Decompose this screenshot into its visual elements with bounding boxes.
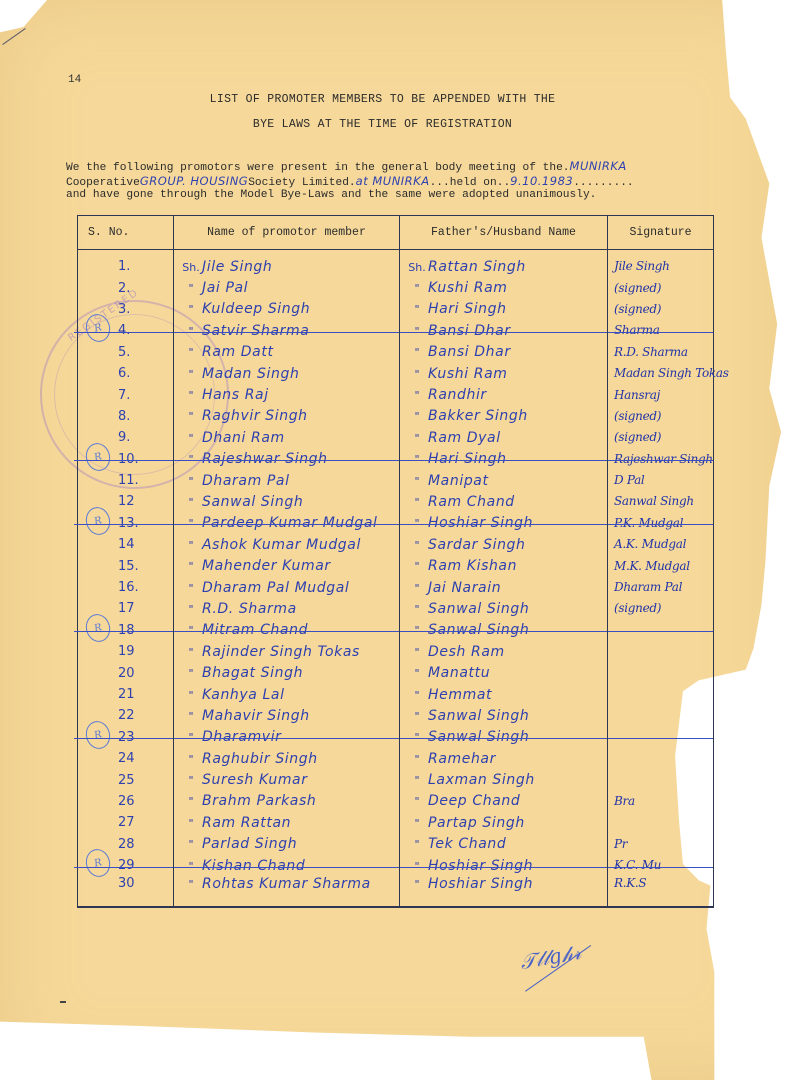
name-prefix: " [180, 860, 202, 873]
cell-member-name: "Ram Rattan [174, 812, 400, 833]
name-prefix: " [180, 475, 202, 488]
cell-member-name: "Dharam Pal [174, 470, 400, 491]
serial-number: 1. [118, 259, 130, 274]
father-name: Sanwal Singh [428, 601, 529, 617]
name-prefix: " [180, 325, 202, 338]
member-signature: P.K. Mudgal [608, 516, 683, 530]
cell-member-name: "Jai Pal [174, 277, 400, 298]
table-row: 2."Jai Pal"Kushi Ram(signed) [78, 277, 714, 298]
name-prefix: " [180, 453, 202, 466]
cell-sno: 16. [78, 577, 174, 598]
father-prefix: " [406, 689, 428, 702]
serial-number: 7. [118, 388, 130, 403]
cell-signature: Hansraj [608, 384, 714, 405]
serial-number: 26 [118, 794, 135, 809]
cell-member-name: "Bhagat Singh [174, 662, 400, 683]
member-signature: Sharma [608, 323, 660, 337]
cell-signature: M.K. Mudgal [608, 555, 714, 576]
cell-sno: 20 [78, 662, 174, 683]
intro-line2-mid: Society Limited. [248, 177, 355, 189]
member-name: Madan Singh [202, 366, 299, 382]
header-name: Name of promotor member [174, 216, 400, 250]
member-signature: Rajeshwar Singh [608, 452, 713, 466]
cell-sno: 25 [78, 769, 174, 790]
cell-signature [608, 812, 714, 833]
name-prefix: " [180, 731, 202, 744]
member-name: Pardeep Kumar Mudgal [202, 515, 378, 531]
table-row: 24"Raghubir Singh"Ramehar [78, 748, 714, 769]
father-name: Sanwal Singh [428, 729, 529, 745]
cell-member-name: "Parlad Singh [174, 834, 400, 855]
member-name: Rohtas Kumar Sharma [202, 876, 371, 892]
member-signature: Bra [608, 794, 635, 808]
cell-signature: Jile Singh [608, 250, 714, 278]
cell-sno: 27 [78, 812, 174, 833]
margin-mark [60, 1001, 66, 1003]
society-location: at MUNIRKA [356, 174, 430, 188]
member-name: Mahender Kumar [202, 558, 331, 574]
name-prefix: Sh. [180, 261, 202, 274]
name-prefix: " [180, 795, 202, 808]
serial-number: 17 [118, 601, 135, 616]
father-prefix: " [406, 860, 428, 873]
member-name: Ashok Kumar Mudgal [202, 537, 361, 553]
father-prefix: Sh. [406, 261, 428, 274]
serial-number: 2. [118, 281, 130, 296]
cell-sno: 14 [78, 534, 174, 555]
table-row: 1.Sh.Jile SinghSh.Rattan SinghJile Singh [78, 250, 714, 278]
table-row: 26"Brahm Parkash"Deep ChandBra [78, 791, 714, 812]
cell-father-name: "Sanwal Singh [400, 620, 608, 641]
member-signature [608, 687, 614, 701]
serial-number: 5. [118, 345, 130, 360]
serial-number: 30 [118, 876, 135, 891]
father-name: Ram Chand [428, 494, 515, 510]
cell-signature: (signed) [608, 277, 714, 298]
member-signature: R.D. Sharma [608, 345, 688, 359]
serial-number: 24 [118, 751, 135, 766]
father-name: Hari Singh [428, 301, 507, 317]
cell-father-name: "Ramehar [400, 748, 608, 769]
serial-number: 23 [118, 730, 135, 745]
cell-father-name: "Sanwal Singh [400, 598, 608, 619]
member-signature: (signed) [608, 601, 661, 615]
name-prefix: " [180, 624, 202, 637]
name-prefix: " [180, 582, 202, 595]
name-prefix: " [180, 539, 202, 552]
father-prefix: " [406, 795, 428, 808]
cell-signature [608, 684, 714, 705]
cell-sno: R10. [78, 449, 174, 470]
name-prefix: " [180, 753, 202, 766]
cell-member-name: "Hans Raj [174, 384, 400, 405]
cell-signature: K.C. Mu [608, 855, 714, 876]
father-prefix: " [406, 838, 428, 851]
father-name: Hemmat [428, 687, 492, 703]
father-name: Hoshiar Singh [428, 858, 533, 874]
name-prefix: " [180, 646, 202, 659]
cell-member-name: "Ram Datt [174, 342, 400, 363]
cell-signature: Sharma [608, 320, 714, 341]
member-name: R.D. Sharma [202, 601, 297, 617]
page-number: 14 [68, 74, 81, 86]
member-name: Bhagat Singh [202, 665, 303, 681]
father-name: Sanwal Singh [428, 708, 529, 724]
father-prefix: " [406, 753, 428, 766]
cell-father-name: "Hari Singh [400, 449, 608, 470]
cell-signature: Rajeshwar Singh [608, 449, 714, 470]
table-row: 6."Madan Singh"Kushi RamMadan Singh Toka… [78, 363, 714, 384]
member-name: Mitram Chand [202, 622, 308, 638]
cell-father-name: "Sanwal Singh [400, 705, 608, 726]
cell-signature [608, 641, 714, 662]
cell-father-name: "Ram Kishan [400, 555, 608, 576]
serial-number: 9. [118, 430, 130, 445]
father-prefix: " [406, 774, 428, 787]
father-name: Deep Chand [428, 793, 520, 809]
father-prefix: " [406, 496, 428, 509]
member-name: Suresh Kumar [202, 772, 308, 788]
table-row: 11."Dharam Pal"ManipatD Pal [78, 470, 714, 491]
member-name: Jile Singh [202, 259, 272, 275]
intro-line1: We the following promotors were present … [66, 162, 570, 174]
member-signature: R.K.S [608, 876, 646, 890]
father-prefix: " [406, 646, 428, 659]
table-row: R4."Satvir Sharma"Bansi DharSharma [78, 320, 714, 341]
cell-member-name: "Raghvir Singh [174, 406, 400, 427]
cell-sno: 5. [78, 342, 174, 363]
member-signature: Madan Singh Tokas [608, 366, 729, 380]
cell-father-name: "Tek Chand [400, 834, 608, 855]
name-prefix: " [180, 410, 202, 423]
serial-number: 6. [118, 366, 130, 381]
father-name: Desh Ram [428, 644, 505, 660]
table-row: 16."Dharam Pal Mudgal"Jai NarainDharam P… [78, 577, 714, 598]
father-name: Laxman Singh [428, 772, 535, 788]
member-signature: Jile Singh [608, 259, 670, 273]
member-name: Brahm Parkash [202, 793, 316, 809]
father-prefix: " [406, 325, 428, 338]
cell-member-name: "Suresh Kumar [174, 769, 400, 790]
member-name: Dharam Pal [202, 473, 290, 489]
cell-father-name: "Bansi Dhar [400, 320, 608, 341]
cell-member-name: "Dharam Pal Mudgal [174, 577, 400, 598]
cell-member-name: "Rajinder Singh Tokas [174, 641, 400, 662]
name-prefix: " [180, 560, 202, 573]
cell-signature [608, 705, 714, 726]
cell-father-name: "Bansi Dhar [400, 342, 608, 363]
cell-sno: 21 [78, 684, 174, 705]
member-signature [608, 666, 614, 680]
member-name: Raghubir Singh [202, 751, 318, 767]
member-signature: Sanwal Singh [608, 494, 694, 508]
serial-number: 27 [118, 815, 135, 830]
serial-number: 15. [118, 559, 139, 574]
father-prefix: " [406, 410, 428, 423]
member-name: Jai Pal [202, 280, 248, 296]
serial-number: 3. [118, 302, 130, 317]
name-prefix: " [180, 817, 202, 830]
member-signature: D Pal [608, 473, 644, 487]
table-row: 21"Kanhya Lal"Hemmat [78, 684, 714, 705]
member-name: Dhani Ram [202, 430, 285, 446]
father-name: Jai Narain [428, 580, 501, 596]
serial-number: 28 [118, 837, 135, 852]
name-prefix: " [180, 710, 202, 723]
cell-member-name: "Mahender Kumar [174, 555, 400, 576]
father-prefix: " [406, 582, 428, 595]
cell-member-name: "Madan Singh [174, 363, 400, 384]
cell-signature [608, 727, 714, 748]
cell-father-name: "Hoshiar Singh [400, 876, 608, 907]
member-signature: K.C. Mu [608, 858, 661, 872]
serial-number: 25 [118, 773, 135, 788]
member-name: Dharamvir [202, 729, 282, 745]
society-name: MUNIRKA [570, 159, 627, 173]
name-prefix: " [180, 667, 202, 680]
member-signature: (signed) [608, 409, 661, 423]
cell-father-name: "Kushi Ram [400, 277, 608, 298]
cell-member-name: "Brahm Parkash [174, 791, 400, 812]
father-prefix: " [406, 878, 428, 891]
cell-member-name: "Ashok Kumar Mudgal [174, 534, 400, 555]
father-prefix: " [406, 475, 428, 488]
father-name: Bansi Dhar [428, 323, 511, 339]
cell-father-name: "Sardar Singh [400, 534, 608, 555]
name-prefix: " [180, 346, 202, 359]
name-prefix: " [180, 603, 202, 616]
member-signature [608, 751, 614, 765]
father-prefix: " [406, 368, 428, 381]
name-prefix: " [180, 282, 202, 295]
serial-number: 16. [118, 580, 139, 595]
member-signature: Dharam Pal [608, 580, 682, 594]
cell-sno: 26 [78, 791, 174, 812]
cell-father-name: "Hari Singh [400, 299, 608, 320]
member-name: Rajeshwar Singh [202, 451, 328, 467]
cell-signature [608, 748, 714, 769]
cell-father-name: "Partap Singh [400, 812, 608, 833]
cell-signature: Sanwal Singh [608, 491, 714, 512]
member-name: Satvir Sharma [202, 323, 309, 339]
table-row: 8."Raghvir Singh"Bakker Singh(signed) [78, 406, 714, 427]
name-prefix: " [180, 517, 202, 530]
cell-member-name: "Raghubir Singh [174, 748, 400, 769]
cell-member-name: "Sanwal Singh [174, 491, 400, 512]
cell-sno: 30 [78, 876, 174, 907]
cell-sno: R29 [78, 855, 174, 876]
father-prefix: " [406, 710, 428, 723]
father-prefix: " [406, 817, 428, 830]
cell-father-name: "Randhir [400, 384, 608, 405]
father-name: Randhir [428, 387, 487, 403]
father-prefix: " [406, 539, 428, 552]
table-row: R29"Kishan Chand"Hoshiar SinghK.C. Mu [78, 855, 714, 876]
member-name: Kishan Chand [202, 858, 305, 874]
father-prefix: " [406, 603, 428, 616]
father-name: Kushi Ram [428, 280, 508, 296]
cell-father-name: "Ram Dyal [400, 427, 608, 448]
cell-sno: 6. [78, 363, 174, 384]
header-sno: S. No. [78, 216, 174, 250]
serial-number: 22 [118, 708, 135, 723]
father-name: Manipat [428, 473, 489, 489]
cell-sno: 19 [78, 641, 174, 662]
cell-sno: R18 [78, 620, 174, 641]
cell-sno: 24 [78, 748, 174, 769]
table-row: 12"Sanwal Singh"Ram ChandSanwal Singh [78, 491, 714, 512]
intro-held-on: ...held on.. [430, 177, 511, 189]
member-name: Kanhya Lal [202, 687, 285, 703]
member-signature [608, 708, 614, 722]
table-row: 3."Kuldeep Singh"Hari Singh(signed) [78, 299, 714, 320]
father-name: Sardar Singh [428, 537, 526, 553]
cell-father-name: "Hoshiar Singh [400, 855, 608, 876]
cell-sno: 15. [78, 555, 174, 576]
father-name: Hoshiar Singh [428, 876, 533, 892]
cell-sno: R23 [78, 727, 174, 748]
cell-member-name: "R.D. Sharma [174, 598, 400, 619]
table-row: 30"Rohtas Kumar Sharma"Hoshiar SinghR.K.… [78, 876, 714, 907]
father-name: Manattu [428, 665, 490, 681]
father-prefix: " [406, 731, 428, 744]
table-header-row: S. No. Name of promotor member Father's/… [78, 216, 714, 250]
member-signature [608, 644, 614, 658]
member-name: Raghvir Singh [202, 408, 308, 424]
document-title-line1: LIST OF PROMOTER MEMBERS TO BE APPENDED … [0, 93, 775, 106]
cell-father-name: "Ram Chand [400, 491, 608, 512]
name-prefix: " [180, 389, 202, 402]
cell-father-name: "Hemmat [400, 684, 608, 705]
father-prefix: " [406, 517, 428, 530]
table-row: 22"Mahavir Singh"Sanwal Singh [78, 705, 714, 726]
cell-signature: R.D. Sharma [608, 342, 714, 363]
father-prefix: " [406, 346, 428, 359]
cell-sno: R13. [78, 513, 174, 534]
father-name: Partap Singh [428, 815, 525, 831]
father-name: Hoshiar Singh [428, 515, 533, 531]
father-name: Bakker Singh [428, 408, 528, 424]
name-prefix: " [180, 878, 202, 891]
member-name: Ram Rattan [202, 815, 291, 831]
cell-father-name: "Kushi Ram [400, 363, 608, 384]
cell-signature [608, 662, 714, 683]
cell-signature: (signed) [608, 598, 714, 619]
promoter-members-table: S. No. Name of promotor member Father's/… [77, 215, 714, 908]
serial-number: 8. [118, 409, 130, 424]
member-name: Mahavir Singh [202, 708, 310, 724]
member-signature [608, 623, 614, 637]
serial-number: 20 [118, 666, 135, 681]
table-row: R18"Mitram Chand"Sanwal Singh [78, 620, 714, 641]
father-prefix: " [406, 453, 428, 466]
cell-signature: Madan Singh Tokas [608, 363, 714, 384]
father-prefix: " [406, 282, 428, 295]
member-signature [608, 815, 614, 829]
cell-member-name: "Mitram Chand [174, 620, 400, 641]
table-row: 27"Ram Rattan"Partap Singh [78, 812, 714, 833]
serial-number: 11. [118, 473, 139, 488]
cell-father-name: "Jai Narain [400, 577, 608, 598]
cell-member-name: "Pardeep Kumar Mudgal [174, 513, 400, 534]
father-prefix: " [406, 667, 428, 680]
intro-line2-prefix: Cooperative [66, 177, 140, 189]
cell-sno: 7. [78, 384, 174, 405]
name-prefix: " [180, 774, 202, 787]
name-prefix: " [180, 496, 202, 509]
meeting-date: 9.10.1983 [510, 174, 573, 188]
cell-signature: A.K. Mudgal [608, 534, 714, 555]
table-row: 19"Rajinder Singh Tokas"Desh Ram [78, 641, 714, 662]
serial-number: 10. [118, 452, 139, 467]
cell-signature: P.K. Mudgal [608, 513, 714, 534]
cell-member-name: "Dhani Ram [174, 427, 400, 448]
father-name: Rattan Singh [428, 259, 526, 275]
intro-line2-suffix: ......... [573, 177, 633, 189]
cell-member-name: "Rajeshwar Singh [174, 449, 400, 470]
table-row: 25"Suresh Kumar"Laxman Singh [78, 769, 714, 790]
cell-signature: R.K.S [608, 876, 714, 907]
header-signature: Signature [608, 216, 714, 250]
cell-member-name: "Kanhya Lal [174, 684, 400, 705]
serial-number: 29 [118, 858, 135, 873]
member-name: Kuldeep Singh [202, 301, 310, 317]
father-name: Kushi Ram [428, 366, 508, 382]
serial-number: 21 [118, 687, 135, 702]
member-signature: Hansraj [608, 388, 660, 402]
table-row: 15."Mahender Kumar"Ram KishanM.K. Mudgal [78, 555, 714, 576]
table-row: R23"Dharamvir"Sanwal Singh [78, 727, 714, 748]
table-row: 17"R.D. Sharma"Sanwal Singh(signed) [78, 598, 714, 619]
serial-number: 13. [118, 516, 139, 531]
cell-father-name: Sh.Rattan Singh [400, 250, 608, 278]
father-name: Bansi Dhar [428, 344, 511, 360]
table-row: R10."Rajeshwar Singh"Hari SinghRajeshwar… [78, 449, 714, 470]
cell-member-name: "Kishan Chand [174, 855, 400, 876]
cell-sno: 1. [78, 250, 174, 278]
cell-signature: D Pal [608, 470, 714, 491]
father-prefix: " [406, 389, 428, 402]
name-prefix: " [180, 838, 202, 851]
father-prefix: " [406, 303, 428, 316]
cell-sno: 8. [78, 406, 174, 427]
member-name: Dharam Pal Mudgal [202, 580, 349, 596]
father-name: Ram Dyal [428, 430, 501, 446]
cell-father-name: "Laxman Singh [400, 769, 608, 790]
father-prefix: " [406, 624, 428, 637]
cell-sno: R4. [78, 320, 174, 341]
table-row: 5."Ram Datt"Bansi DharR.D. Sharma [78, 342, 714, 363]
cell-signature [608, 769, 714, 790]
table-row: 14"Ashok Kumar Mudgal"Sardar SinghA.K. M… [78, 534, 714, 555]
cell-member-name: "Kuldeep Singh [174, 299, 400, 320]
cell-signature: (signed) [608, 406, 714, 427]
member-name: Rajinder Singh Tokas [202, 644, 360, 660]
cell-member-name: "Rohtas Kumar Sharma [174, 876, 400, 907]
name-prefix: " [180, 689, 202, 702]
name-prefix: " [180, 432, 202, 445]
member-signature: Pr [608, 837, 627, 851]
member-name: Parlad Singh [202, 836, 297, 852]
table-row: R13."Pardeep Kumar Mudgal"Hoshiar SinghP… [78, 513, 714, 534]
member-signature [608, 773, 614, 787]
serial-number: 18 [118, 623, 135, 638]
father-name: Hari Singh [428, 451, 507, 467]
member-signature: M.K. Mudgal [608, 559, 690, 573]
father-prefix: " [406, 560, 428, 573]
cell-father-name: "Bakker Singh [400, 406, 608, 427]
member-signature: A.K. Mudgal [608, 537, 686, 551]
